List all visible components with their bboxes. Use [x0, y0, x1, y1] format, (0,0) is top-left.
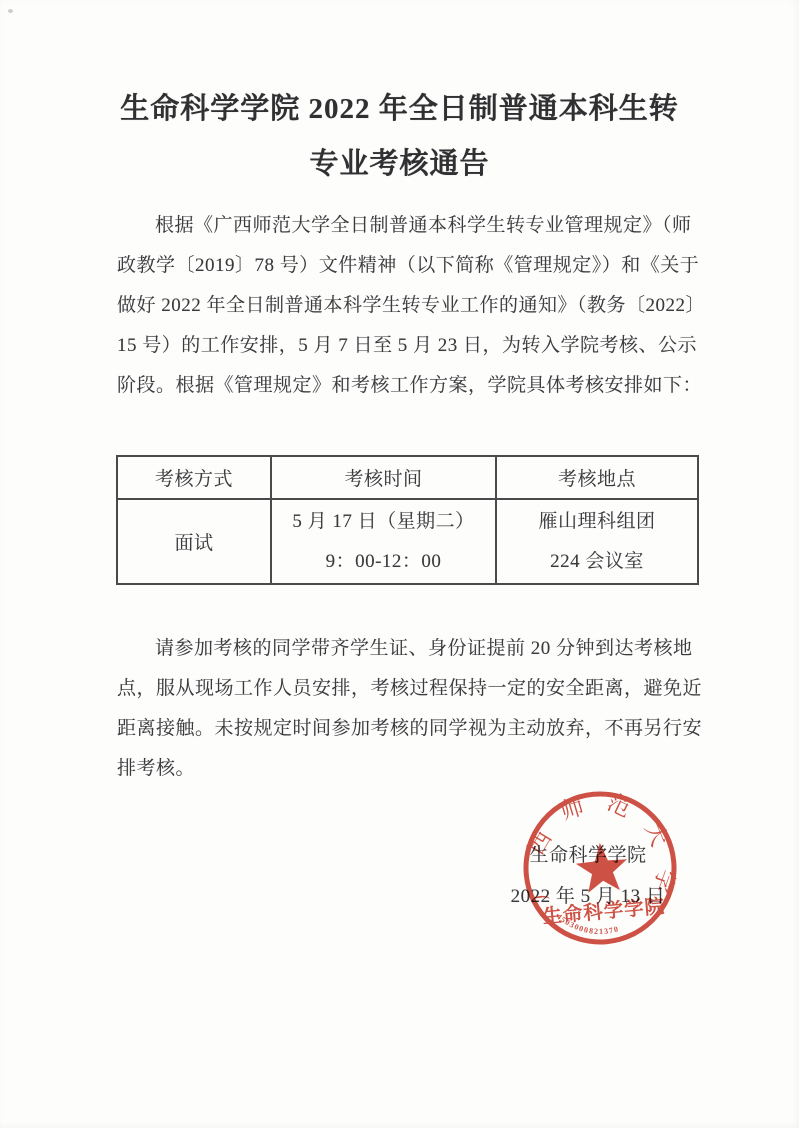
cell-assessment-place: 雁山理科组团 224 会议室 [496, 499, 698, 584]
table-row: 面试 5 月 17 日（星期二） 9：00-12：00 雁山理科组团 224 会… [117, 499, 698, 584]
notice-body-paragraph-1: 根据《广西师范大学全日制普通本科学生转专业管理规定》（师 政教学〔2019〕78… [117, 206, 687, 406]
paragraph-line: 点，服从现场工作人员安排，考核过程保持一定的安全距离，避免近 [117, 669, 687, 709]
scanned-notice-page: 生命科学学院 2022 年全日制普通本科生转 专业考核通告 根据《广西师范大学全… [0, 0, 799, 1128]
paragraph-line: 请参加考核的同学带齐学生证、身份证提前 20 分钟到达考核地 [117, 629, 687, 669]
table-header-method: 考核方式 [117, 456, 271, 499]
official-seal: 广西师范大学 生命科学学院 4503000821370 [470, 738, 730, 998]
page-title-line-1: 生命科学学院 2022 年全日制普通本科生转 [0, 82, 799, 137]
table-header-row: 考核方式 考核时间 考核地点 [117, 456, 698, 499]
cell-assessment-method: 面试 [117, 499, 271, 584]
star-icon [574, 841, 629, 894]
scan-artifact-speck [8, 9, 13, 13]
table-header-time: 考核时间 [271, 456, 496, 499]
paragraph-line: 15 号）的工作安排，5 月 7 日至 5 月 23 日，为转入学院考核、公示 [117, 326, 687, 366]
paragraph-line: 阶段。根据《管理规定》和考核工作方案，学院具体考核安排如下： [117, 366, 687, 406]
cell-assessment-time: 5 月 17 日（星期二） 9：00-12：00 [271, 499, 496, 584]
assessment-hours: 9：00-12：00 [272, 542, 495, 582]
assessment-date: 5 月 17 日（星期二） [272, 502, 495, 542]
assessment-building: 雁山理科组团 [497, 502, 697, 542]
paragraph-line: 距离接触。未按规定时间参加考核的同学视为主动放弃，不再另行安 [117, 709, 687, 749]
assessment-schedule-table: 考核方式 考核时间 考核地点 面试 5 月 17 日（星期二） 9：00-12：… [116, 455, 699, 585]
assessment-room: 224 会议室 [497, 542, 697, 582]
table-header-place: 考核地点 [496, 456, 698, 499]
paragraph-line: 根据《广西师范大学全日制普通本科学生转专业管理规定》（师 [117, 206, 687, 246]
page-title: 生命科学学院 2022 年全日制普通本科生转 专业考核通告 [0, 82, 799, 192]
paragraph-line: 政教学〔2019〕78 号）文件精神（以下简称《管理规定》）和《关于 [117, 246, 687, 286]
page-title-line-2: 专业考核通告 [0, 137, 799, 192]
paragraph-line: 做好 2022 年全日制普通本科学生转专业工作的通知》（教务〔2022〕 [117, 286, 687, 326]
